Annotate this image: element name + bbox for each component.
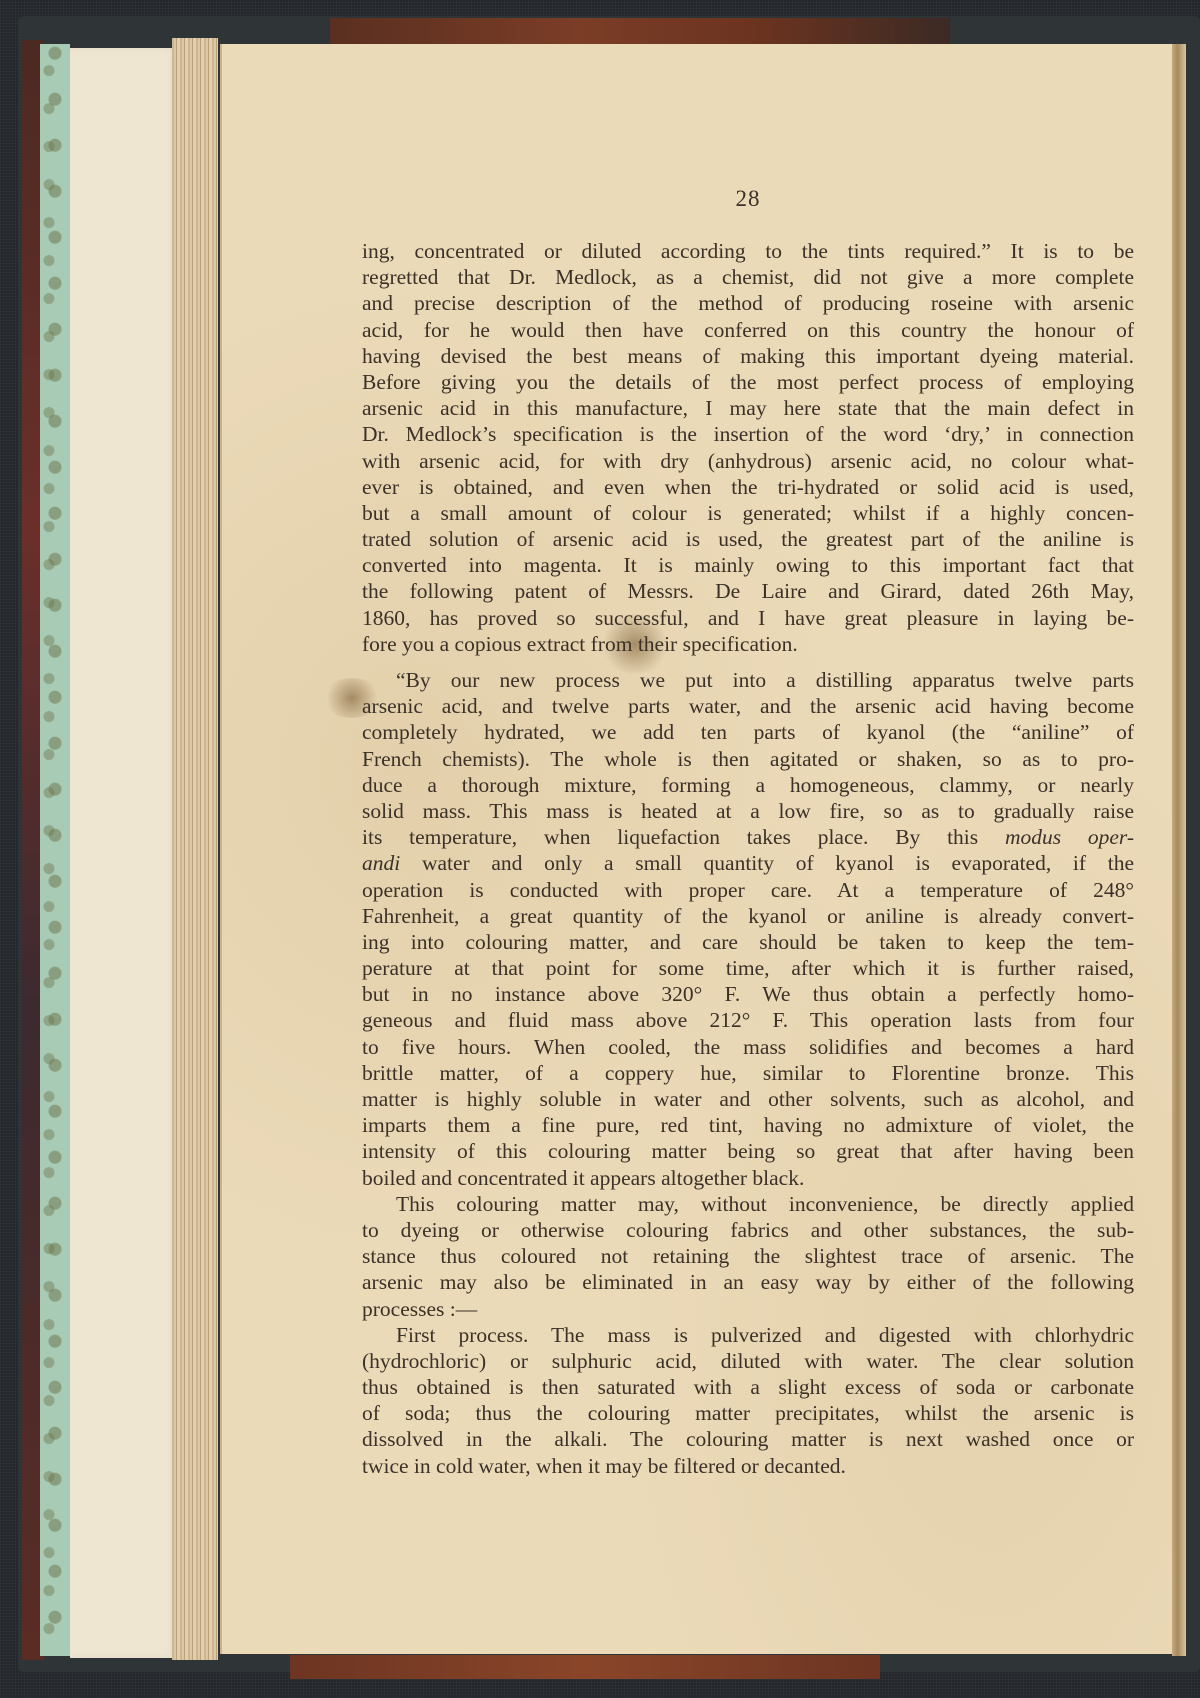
- text-line: fore you a copious extract from their sp…: [362, 631, 1134, 657]
- paragraph: First process. The mass is pulverized an…: [362, 1322, 1134, 1479]
- text-line: This colouring matter may, without incon…: [362, 1191, 1134, 1217]
- text-line: ever is obtained, and even when the tri-…: [362, 474, 1134, 500]
- text-line: processes :—: [362, 1296, 1134, 1322]
- text-line: ing into colouring matter, and care shou…: [362, 929, 1134, 955]
- text-line: and precise description of the method of…: [362, 290, 1134, 316]
- text-line: boiled and concentrated it appears altog…: [362, 1165, 1134, 1191]
- text-line: First process. The mass is pulverized an…: [362, 1322, 1134, 1348]
- text-line: to five hours. When cooled, the mass sol…: [362, 1034, 1134, 1060]
- text-line: completely hydrated, we add ten parts of…: [362, 719, 1134, 745]
- italic-latin: andi: [362, 851, 400, 875]
- text-line: French chemists). The whole is then agit…: [362, 746, 1134, 772]
- text-line: to dyeing or otherwise colouring fabrics…: [362, 1217, 1134, 1243]
- text-line: regretted that Dr. Medlock, as a chemist…: [362, 264, 1134, 290]
- text-line: solid mass. This mass is heated at a low…: [362, 798, 1134, 824]
- text-line: but in no instance above 320° F. We thus…: [362, 981, 1134, 1007]
- text-line: acid, for he would then have conferred o…: [362, 317, 1134, 343]
- leather-spine-bottom: [290, 1655, 880, 1679]
- text-line: twice in cold water, when it may be filt…: [362, 1453, 1134, 1479]
- text-line: arsenic may also be eliminated in an eas…: [362, 1269, 1134, 1295]
- text-line: andi water and only a small quantity of …: [362, 850, 1134, 876]
- page-stack-edge: [172, 38, 218, 1660]
- line-text: its temperature, when liquefaction takes…: [362, 825, 978, 849]
- text-line: ing, concentrated or diluted according t…: [362, 238, 1134, 264]
- text-line: “By our new process we put into a distil…: [362, 667, 1134, 693]
- text-line: perature at that point for some time, af…: [362, 955, 1134, 981]
- text-line: brittle matter, of a coppery hue, simila…: [362, 1060, 1134, 1086]
- text-line: Dr. Medlock’s specification is the inser…: [362, 421, 1134, 447]
- text-line: matter is highly soluble in water and ot…: [362, 1086, 1134, 1112]
- line-text: water and only a small quantity of kyano…: [422, 851, 1134, 875]
- text-line: Before giving you the details of the mos…: [362, 369, 1134, 395]
- text-line: operation is conducted with proper care.…: [362, 877, 1134, 903]
- italic-latin: modus oper-: [1005, 825, 1134, 849]
- text-line: intensity of this colouring matter being…: [362, 1138, 1134, 1164]
- text-line: the following patent of Messrs. De Laire…: [362, 578, 1134, 604]
- quoted-paragraph: “By our new process we put into a distil…: [362, 667, 1134, 1191]
- text-line: dissolved in the alkali. The colouring m…: [362, 1426, 1134, 1452]
- text-line: trated solution of arsenic acid is used,…: [362, 526, 1134, 552]
- text-line: arsenic acid, and twelve parts water, an…: [362, 693, 1134, 719]
- text-line: Fahrenheit, a great quantity of the kyan…: [362, 903, 1134, 929]
- text-line: with arsenic acid, for with dry (anhydro…: [362, 448, 1134, 474]
- text-line: but a small amount of colour is generate…: [362, 500, 1134, 526]
- page-number: 28: [362, 186, 1134, 212]
- text-line: its temperature, when liquefaction takes…: [362, 824, 1134, 850]
- text-line: converted into magenta. It is mainly owi…: [362, 552, 1134, 578]
- flyleaf-page: [70, 48, 176, 1658]
- paragraph: This colouring matter may, without incon…: [362, 1191, 1134, 1322]
- text-line: stance thus coloured not retaining the s…: [362, 1243, 1134, 1269]
- text-line: geneous and fluid mass above 212° F. Thi…: [362, 1007, 1134, 1033]
- text-line: imparts them a fine pure, red tint, havi…: [362, 1112, 1134, 1138]
- text-line: having devised the best means of making …: [362, 343, 1134, 369]
- text-line: arsenic acid in this manufacture, I may …: [362, 395, 1134, 421]
- leather-spine-top: [330, 18, 950, 46]
- text-line: of soda; thus the colouring matter preci…: [362, 1400, 1134, 1426]
- page-right-edge: [1172, 44, 1186, 1656]
- paragraph: ing, concentrated or diluted according t…: [362, 238, 1134, 657]
- text-line: (hydrochloric) or sulphuric acid, dilute…: [362, 1348, 1134, 1374]
- body-text: ing, concentrated or diluted according t…: [362, 238, 1134, 1479]
- text-line: duce a thorough mixture, forming a homog…: [362, 772, 1134, 798]
- floral-endpaper: [40, 44, 70, 1656]
- text-line: 1860, has proved so successful, and I ha…: [362, 605, 1134, 631]
- text-line: thus obtained is then saturated with a s…: [362, 1374, 1134, 1400]
